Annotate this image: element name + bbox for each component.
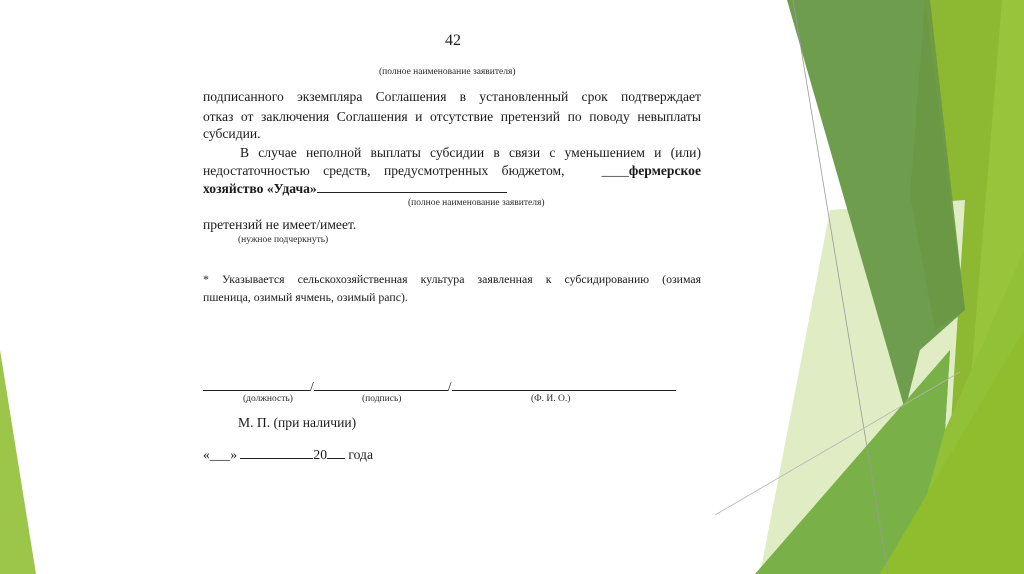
paragraph-2-line-2-tail: ____фермерское (602, 161, 701, 181)
date-month-blank (240, 458, 313, 459)
signature-blank (314, 390, 448, 391)
paragraph-2-line-1: В случае неполной выплаты субсидии в свя… (240, 143, 701, 163)
paragraph-2-line-2: недостаточностью средств, предусмотренны… (203, 161, 701, 181)
caption-full-name: (Ф. И. О.) (531, 394, 570, 404)
separator-1: / (310, 379, 314, 394)
caption-applicant-top: (полное наименование заявителя) (379, 67, 516, 77)
name-blank (452, 390, 676, 391)
date-suffix: года (348, 447, 373, 462)
stamp-line: М. П. (при наличии) (238, 413, 356, 433)
document-page: 42 (полное наименование заявителя) подпи… (0, 0, 1024, 574)
paragraph-1-line-2: отказ от заключения Соглашения и отсутст… (203, 107, 701, 127)
page-number: 42 (445, 32, 461, 50)
caption-signature: (подпись) (362, 394, 401, 404)
applicant-name-underline (317, 192, 507, 193)
blank-field: ____ (602, 163, 629, 178)
paragraph-1-line-1: подписанного экземпляра Соглашения в уст… (203, 87, 701, 107)
position-blank (203, 390, 310, 391)
caption-underline-needed: (нужное подчеркнуть) (238, 235, 328, 245)
footnote-line-2: пшеница, озимый ячмень, озимый рапс). (203, 290, 408, 305)
applicant-name-part-1: фермерское (629, 163, 701, 178)
paragraph-2-line-2-text: недостаточностью средств, предусмотренны… (203, 161, 565, 181)
footnote-line-1: * Указывается сельскохозяйственная культ… (203, 272, 701, 287)
date-day: «___» (203, 447, 237, 462)
applicant-name-part-2: хозяйство «Удача» (203, 181, 317, 196)
paragraph-1-line-3: субсидии. (203, 124, 261, 144)
separator-2: / (448, 379, 452, 394)
date-year-blank (327, 458, 345, 459)
date-line: «___» 20 года (203, 445, 373, 465)
caption-position: (должность) (243, 394, 293, 404)
claims-line: претензий не имеет/имеет. (203, 215, 356, 235)
date-year-prefix: 20 (313, 447, 327, 462)
caption-applicant: (полное наименование заявителя) (408, 198, 545, 208)
paragraph-2-line-3: хозяйство «Удача» (203, 179, 507, 199)
